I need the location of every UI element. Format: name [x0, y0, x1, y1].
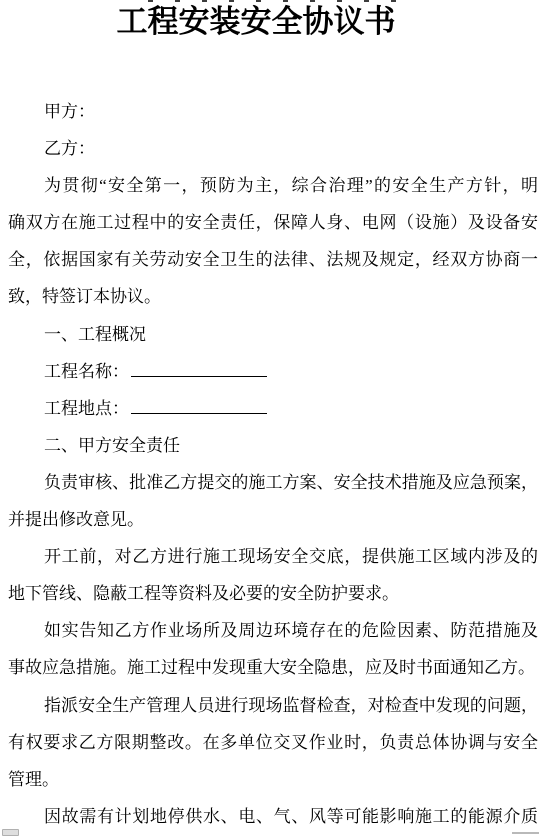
document-body: 甲方：乙方：为贯彻“安全第一，预防为主，综合治理”的安全生产方针，明确双方在施工… — [8, 93, 538, 835]
doc-line: 地下管线、隐蔽工程等资料及必要的安全防护要求。 — [8, 575, 538, 612]
doc-line: 工程名称： — [8, 353, 538, 390]
doc-line: 指派安全生产管理人员进行现场监督检查，对检查中发现的问题， — [8, 687, 538, 724]
document-title: 工程安装安全协议书 — [0, 0, 521, 44]
doc-line: 甲方： — [8, 93, 538, 130]
doc-line: 并提出修改意见。 — [8, 501, 538, 538]
doc-line: 事故应急措施。施工过程中发现重大安全隐患，应及时书面通知乙方。 — [8, 649, 538, 686]
doc-line: 管理。 — [8, 761, 538, 798]
doc-line: 开工前，对乙方进行施工现场安全交底，提供施工区域内涉及的 — [8, 538, 538, 575]
doc-line: 一、工程概况 — [8, 316, 538, 353]
fill-in-blank — [131, 395, 267, 414]
doc-line: 二、甲方安全责任 — [8, 427, 538, 464]
fill-in-blank — [131, 358, 267, 377]
doc-line: 全，依据国家有关劳动安全卫生的法律、法规及规定，经双方协商一 — [8, 241, 538, 278]
doc-line: 为贯彻“安全第一，预防为主，综合治理”的安全生产方针，明 — [8, 167, 538, 204]
page-edge-artifact-right-icon — [512, 832, 539, 834]
document-page: { "page": { "background_color": "#ffffff… — [0, 0, 546, 837]
doc-line: 工程地点： — [8, 390, 538, 427]
doc-line: 确双方在施工过程中的安全责任，保障人身、电网（设施）及设备安 — [8, 204, 538, 241]
doc-line: 因故需有计划地停供水、电、气、风等可能影响施工的能源介质 — [8, 798, 538, 835]
doc-line: 有权要求乙方限期整改。在多单位交叉作业时，负责总体协调与安全 — [8, 724, 538, 761]
doc-line: 致，特签订本协议。 — [8, 278, 538, 315]
page-edge-artifact-left-icon — [2, 829, 19, 836]
doc-line: 乙方： — [8, 130, 538, 167]
document-content: 工程安装安全协议书 甲方：乙方：为贯彻“安全第一，预防为主，综合治理”的安全生产… — [0, 0, 546, 837]
doc-line: 如实告知乙方作业场所及周边环境存在的危险因素、防范措施及 — [8, 612, 538, 649]
doc-line: 负责审核、批准乙方提交的施工方案、安全技术措施及应急预案， — [8, 464, 538, 501]
